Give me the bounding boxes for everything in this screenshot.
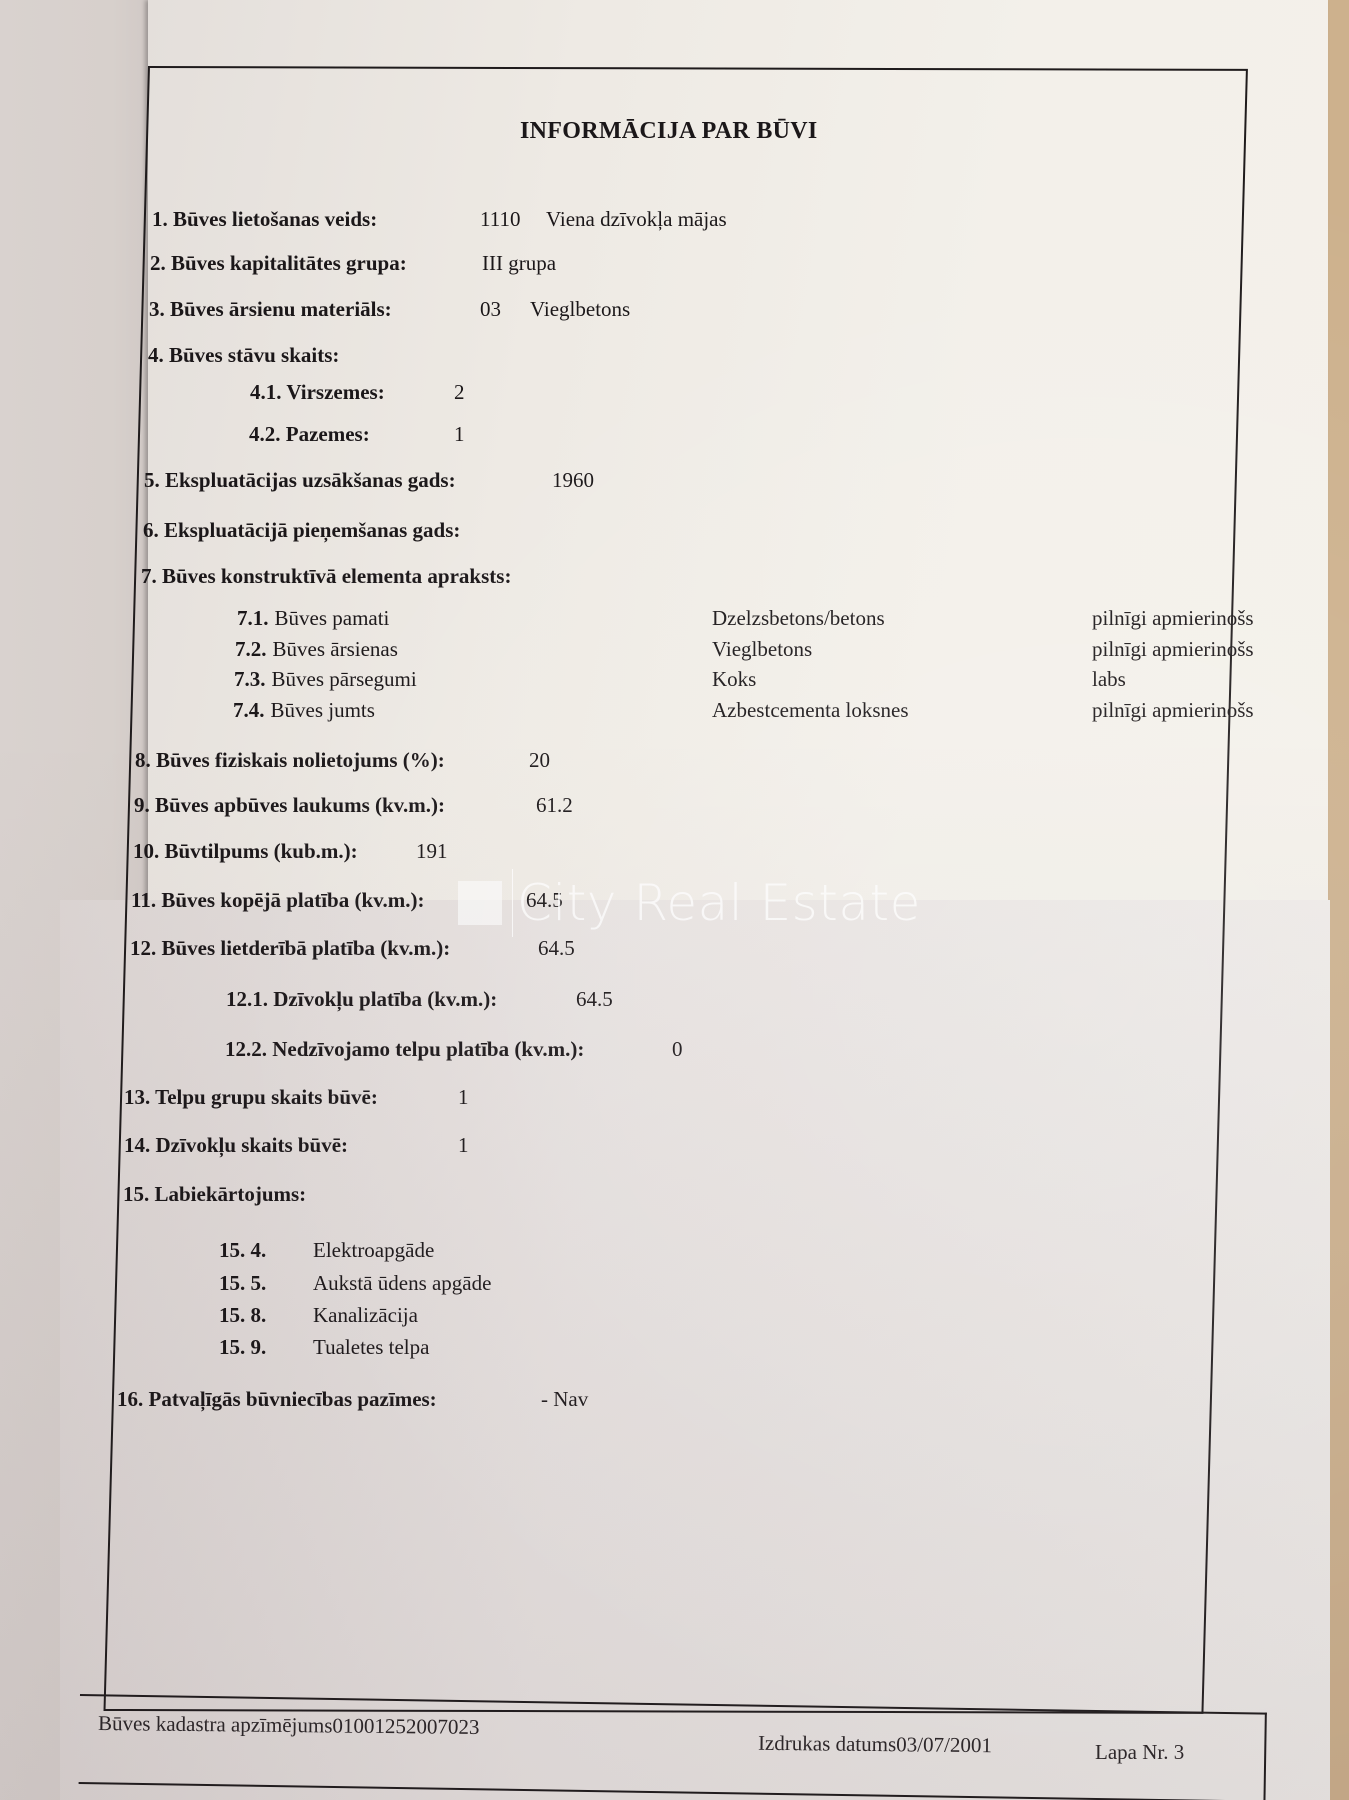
element-condition: pilnīgi apmierinošs [1092, 698, 1254, 723]
amenity-name: Aukstā ūdens apgāde [313, 1271, 491, 1296]
print-date-label: Izdrukas datums [758, 1731, 896, 1756]
element-name: Būves jumts [271, 698, 375, 722]
watermark: City Real Estate [458, 868, 921, 938]
cadastre-value: 01001252007023 [332, 1713, 479, 1739]
amenity-item: 15. 5.Aukstā ūdens apgāde [219, 1271, 266, 1296]
amenity-item: 15. 4.Elektroapgāde [219, 1238, 266, 1263]
field-total-area: 11. Būves kopējā platība (kv.m.): 64.5 [131, 888, 424, 913]
field-amenities: 15. Labiekārtojums: [123, 1182, 306, 1207]
field-label: 9. Būves apbūves laukums (kv.m.): [134, 793, 445, 817]
document-content: INFORMĀCIJA PAR BŪVI 1. Būves lietošanas… [0, 0, 1349, 1800]
field-label: 13. Telpu grupu skaits būvē: [124, 1085, 378, 1109]
field-value: 1 [458, 1133, 469, 1158]
field-value: 20 [529, 748, 550, 773]
field-value: III grupa [482, 251, 556, 276]
field-value: 191 [416, 839, 448, 864]
element-number: 7.3. [234, 667, 266, 691]
watermark-logo-icon [458, 881, 502, 925]
amenity-item: 15. 8.Kanalizācija [219, 1303, 266, 1328]
amenity-number: 15. 9. [219, 1335, 266, 1359]
field-value: Vieglbetons [530, 297, 630, 322]
element-name: Būves pamati [275, 606, 390, 630]
field-value: 64.5 [576, 987, 613, 1012]
watermark-text: City Real Estate [517, 874, 921, 932]
field-usage-type: 1. Būves lietošanas veids: 1110 Viena dz… [152, 207, 377, 232]
element-name: Būves ārsienas [273, 637, 398, 661]
document-title: INFORMĀCIJA PAR BŪVI [520, 118, 818, 145]
amenity-name: Elektroapgāde [313, 1238, 434, 1263]
field-label: 10. Būvtilpums (kub.m.): [133, 839, 358, 863]
element-material: Azbestcementa loksnes [712, 698, 909, 723]
element-material: Dzelzsbetons/betons [712, 606, 885, 631]
field-label: 3. Būves ārsienu materiāls: [149, 297, 392, 321]
structural-element-row: 7.3.Būves pārsegumiKokslabs [234, 667, 417, 692]
field-label: 7. Būves konstruktīvā elementa apraksts: [141, 564, 511, 588]
field-label: 11. Būves kopējā platība (kv.m.): [131, 888, 424, 912]
field-built-area: 9. Būves apbūves laukums (kv.m.): 61.2 [134, 793, 445, 818]
field-useful-area: 12. Būves lietderībā platība (kv.m.): 64… [130, 936, 450, 961]
field-label: 1. Būves lietošanas veids: [152, 207, 377, 231]
field-commissioning-year: 6. Ekspluatācijā pieņemšanas gads: [143, 518, 460, 543]
field-value: 1 [454, 422, 465, 447]
field-operation-start-year: 5. Ekspluatācijas uzsākšanas gads: 1960 [144, 468, 456, 493]
field-label: 2. Būves kapitalitātes grupa: [150, 251, 407, 275]
amenity-item: 15. 9.Tualetes telpa [219, 1335, 266, 1360]
field-room-group-count: 13. Telpu grupu skaits būvē: 1 [124, 1085, 378, 1110]
element-material: Koks [712, 667, 756, 692]
field-above-ground: 4.1. Virszemes: 2 [250, 380, 385, 405]
field-label: 12.1. Dzīvokļu platība (kv.m.): [226, 987, 497, 1011]
field-code: 1110 [480, 207, 520, 232]
field-unauthorized-construction: 16. Patvaļīgās būvniecības pazīmes: - Na… [117, 1387, 437, 1412]
field-label: 16. Patvaļīgās būvniecības pazīmes: [117, 1387, 437, 1411]
amenity-number: 15. 4. [219, 1238, 266, 1262]
field-label: 8. Būves fiziskais nolietojums (%): [135, 748, 445, 772]
footer-page-number: Lapa Nr. 3 [1095, 1740, 1184, 1765]
structural-element-row: 7.2.Būves ārsienasVieglbetonspilnīgi apm… [235, 637, 398, 662]
field-label: 4. Būves stāvu skaits: [148, 343, 339, 367]
element-condition: pilnīgi apmierinošs [1092, 637, 1254, 662]
field-volume: 10. Būvtilpums (kub.m.): 191 [133, 839, 358, 864]
amenity-number: 15. 5. [219, 1271, 266, 1295]
field-value: Viena dzīvokļa mājas [546, 207, 727, 232]
watermark-divider [512, 869, 513, 937]
field-label: 12. Būves lietderībā platība (kv.m.): [130, 936, 450, 960]
footer-cadastre: Būves kadastra apzīmējums01001252007023 [98, 1711, 480, 1740]
amenity-name: Tualetes telpa [313, 1335, 429, 1360]
element-condition: pilnīgi apmierinošs [1092, 606, 1254, 631]
field-value: 1960 [552, 468, 594, 493]
field-apartment-count: 14. Dzīvokļu skaits būvē: 1 [124, 1133, 348, 1158]
field-label: 14. Dzīvokļu skaits būvē: [124, 1133, 348, 1157]
element-condition: labs [1092, 667, 1126, 692]
field-code: 03 [480, 297, 501, 322]
element-material: Vieglbetons [712, 637, 812, 662]
field-value: 0 [672, 1037, 683, 1062]
cadastre-label: Būves kadastra apzīmējums [98, 1711, 333, 1737]
element-number: 7.2. [235, 637, 267, 661]
structural-element-row: 7.1.Būves pamatiDzelzsbetons/betonspilnī… [237, 606, 389, 631]
field-label: 5. Ekspluatācijas uzsākšanas gads: [144, 468, 456, 492]
field-physical-wear: 8. Būves fiziskais nolietojums (%): 20 [135, 748, 445, 773]
field-wall-material: 3. Būves ārsienu materiāls: 03 Vieglbeto… [149, 297, 392, 322]
field-value: 2 [454, 380, 465, 405]
print-date-value: 03/07/2001 [896, 1732, 992, 1757]
field-label: 4.1. Virszemes: [250, 380, 385, 404]
element-number: 7.1. [237, 606, 269, 630]
field-label: 4.2. Pazemes: [249, 422, 370, 446]
field-label: 15. Labiekārtojums: [123, 1182, 306, 1206]
field-label: 12.2. Nedzīvojamo telpu platība (kv.m.): [225, 1037, 584, 1061]
field-value: 61.2 [536, 793, 573, 818]
amenity-name: Kanalizācija [313, 1303, 418, 1328]
field-value: 64.5 [538, 936, 575, 961]
field-capital-group: 2. Būves kapitalitātes grupa: III grupa [150, 251, 407, 276]
field-structural-elements: 7. Būves konstruktīvā elementa apraksts: [141, 564, 511, 589]
field-apartment-area: 12.1. Dzīvokļu platība (kv.m.): 64.5 [226, 987, 497, 1012]
element-name: Būves pārsegumi [272, 667, 417, 691]
field-floor-count: 4. Būves stāvu skaits: [148, 343, 339, 368]
element-number: 7.4. [233, 698, 265, 722]
field-nonresidential-area: 12.2. Nedzīvojamo telpu platība (kv.m.):… [225, 1037, 584, 1062]
structural-element-row: 7.4.Būves jumtsAzbestcementa loksnespiln… [233, 698, 375, 723]
field-value: 1 [458, 1085, 469, 1110]
field-label: 6. Ekspluatācijā pieņemšanas gads: [143, 518, 460, 542]
field-below-ground: 4.2. Pazemes: 1 [249, 422, 370, 447]
amenity-number: 15. 8. [219, 1303, 266, 1327]
field-value: - Nav [541, 1387, 588, 1412]
footer-print-date: Izdrukas datums03/07/2001 [758, 1731, 992, 1758]
